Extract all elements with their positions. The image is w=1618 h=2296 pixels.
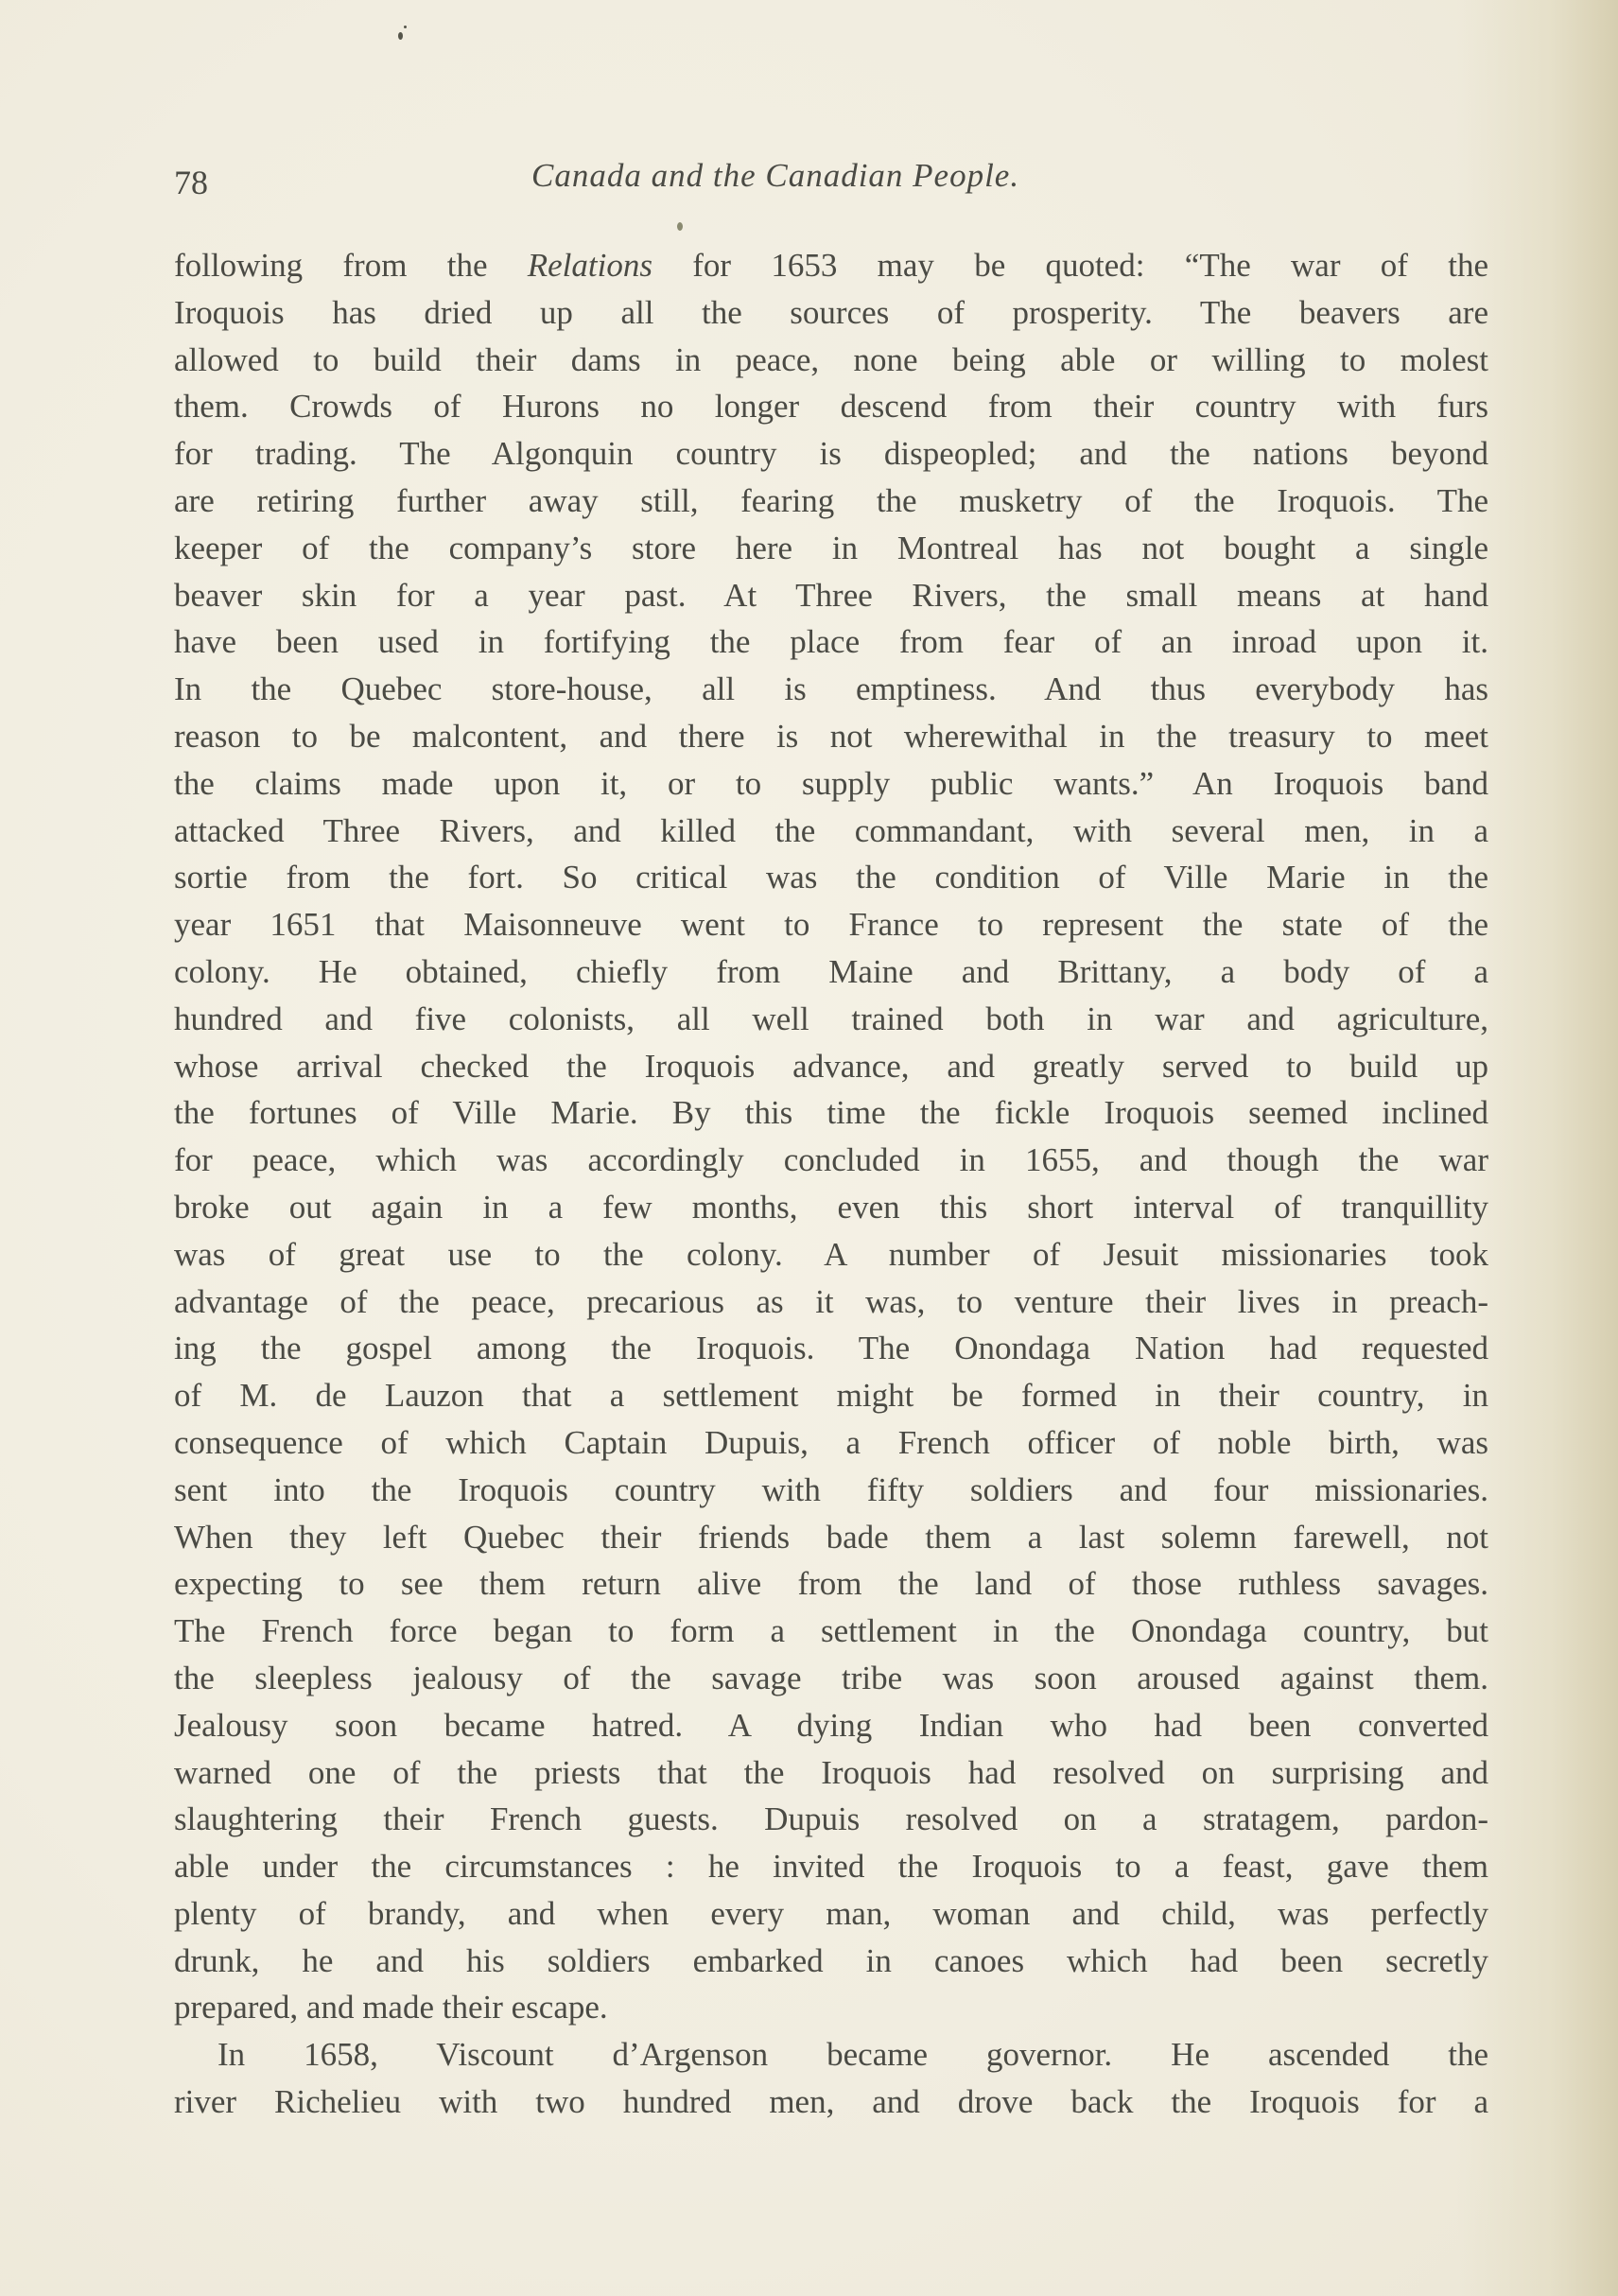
text-line: Jealousy soon became hatred. A dying Ind… xyxy=(174,1702,1488,1749)
ink-speck xyxy=(677,222,683,231)
text-line: consequence of which Captain Dupuis, a F… xyxy=(174,1419,1488,1467)
text-line: attacked Three Rivers, and killed the co… xyxy=(174,808,1488,855)
text-line: broke out again in a few months, even th… xyxy=(174,1184,1488,1231)
text-line: plenty of brandy, and when every man, wo… xyxy=(174,1890,1488,1938)
text-line: able under the circumstances : he invite… xyxy=(174,1843,1488,1890)
text-line: following from the Relations for 1653 ma… xyxy=(174,242,1488,289)
text-line: are retiring further away still, fearing… xyxy=(174,478,1488,525)
text-line: whose arrival checked the Iroquois advan… xyxy=(174,1043,1488,1090)
text-line: year 1651 that Maisonneuve went to Franc… xyxy=(174,901,1488,948)
text-line: of M. de Lauzon that a settlement might … xyxy=(174,1372,1488,1419)
ink-speck xyxy=(404,26,407,28)
text-line: The French force began to form a settlem… xyxy=(174,1608,1488,1655)
text-line: keeper of the company’s store here in Mo… xyxy=(174,525,1488,572)
book-page: 78 Canada and the Canadian People. follo… xyxy=(0,0,1618,2296)
text-line: advantage of the peace, precarious as it… xyxy=(174,1278,1488,1326)
running-title: Canada and the Canadian People. xyxy=(531,157,1019,195)
text-line: expecting to see them return alive from … xyxy=(174,1560,1488,1608)
text-line: beaver skin for a year past. At Three Ri… xyxy=(174,572,1488,619)
text-line: allowed to build their dams in peace, no… xyxy=(174,337,1488,384)
text-line: river Richelieu with two hundred men, an… xyxy=(174,2079,1488,2126)
text-line: In 1658, Viscount d’Argenson became gove… xyxy=(174,2031,1488,2079)
body-text: following from the Relations for 1653 ma… xyxy=(174,242,1488,2126)
text-line: drunk, he and his soldiers embarked in c… xyxy=(174,1938,1488,1985)
paragraph: following from the Relations for 1653 ma… xyxy=(174,242,1488,2031)
text-line: Iroquois has dried up all the sources of… xyxy=(174,289,1488,337)
text-line: the sleepless jealousy of the savage tri… xyxy=(174,1655,1488,1702)
text-line: for peace, which was accordingly conclud… xyxy=(174,1137,1488,1184)
text-line: hundred and five colonists, all well tra… xyxy=(174,996,1488,1043)
text-line: ing the gospel among the Iroquois. The O… xyxy=(174,1325,1488,1372)
text-line: When they left Quebec their friends bade… xyxy=(174,1514,1488,1561)
text-line: warned one of the priests that the Iroqu… xyxy=(174,1749,1488,1797)
paragraph: In 1658, Viscount d’Argenson became gove… xyxy=(174,2031,1488,2126)
text-line: slaughtering their French guests. Dupuis… xyxy=(174,1796,1488,1843)
text-line: In the Quebec store-house, all is emptin… xyxy=(174,666,1488,713)
italic-title: Relations xyxy=(528,247,652,284)
page-header: 78 Canada and the Canadian People. xyxy=(174,153,1488,210)
text-line: reason to be malcontent, and there is no… xyxy=(174,713,1488,760)
text-line: the claims made upon it, or to supply pu… xyxy=(174,760,1488,808)
text-line: prepared, and made their escape. xyxy=(174,1984,1488,2031)
text-line: sortie from the fort. So critical was th… xyxy=(174,854,1488,901)
text-line: have been used in fortifying the place f… xyxy=(174,618,1488,666)
text-line: colony. He obtained, chiefly from Maine … xyxy=(174,948,1488,996)
text-line: the fortunes of Ville Marie. By this tim… xyxy=(174,1089,1488,1137)
text-line: for trading. The Algonquin country is di… xyxy=(174,430,1488,478)
ink-speck xyxy=(398,32,403,40)
text-line: was of great use to the colony. A number… xyxy=(174,1231,1488,1278)
text-line: them. Crowds of Hurons no longer descend… xyxy=(174,383,1488,430)
text-line: sent into the Iroquois country with fift… xyxy=(174,1467,1488,1514)
page-number: 78 xyxy=(174,163,208,202)
